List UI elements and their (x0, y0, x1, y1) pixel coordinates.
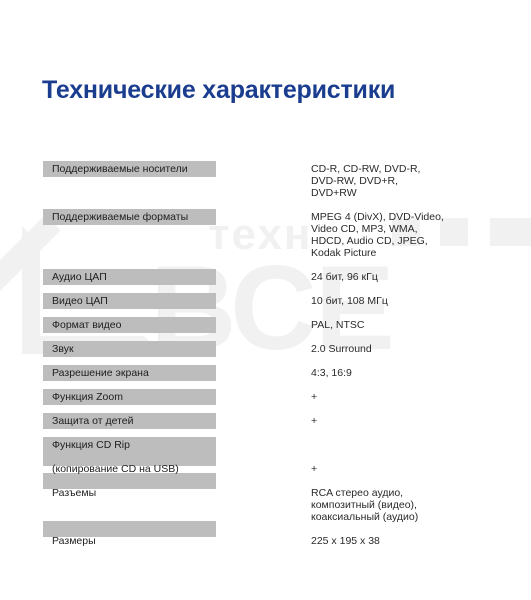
spec-label-note: (копирование CD на USB) (52, 463, 179, 475)
spec-value-line: коаксиальный (аудио) (311, 511, 418, 523)
spec-label: Размеры (52, 535, 96, 547)
spec-label: Звук (52, 343, 74, 355)
watermark-bar (440, 218, 468, 246)
spec-value-line: RCA стерео аудио, (311, 487, 418, 499)
spec-value-line: CD-R, CD-RW, DVD-R, (311, 163, 420, 175)
spec-value: 225 x 195 x 38 (311, 535, 380, 547)
spec-label: Разрешение экрана (52, 367, 149, 379)
spec-value-line: 2.0 Surround (311, 343, 372, 355)
spec-label: Поддерживаемые носители (52, 163, 188, 175)
spec-value: + (311, 463, 317, 475)
spec-value-line: 10 бит, 108 МГц (311, 295, 388, 307)
spec-label: Поддерживаемые форматы (52, 211, 188, 223)
page-title: Технические характеристики (42, 76, 395, 105)
spec-value-line: 24 бит, 96 кГц (311, 271, 378, 283)
spec-value: 24 бит, 96 кГц (311, 271, 378, 283)
spec-label: Аудио ЦАП (52, 271, 107, 283)
spec-value-line: MPEG 4 (DivX), DVD-Video, (311, 211, 444, 223)
watermark-bar (490, 218, 531, 246)
spec-value: CD-R, CD-RW, DVD-R,DVD-RW, DVD+R,DVD+RW (311, 163, 420, 199)
spec-label: Функция CD Rip (52, 439, 130, 451)
spec-value-line: 225 x 195 x 38 (311, 535, 380, 547)
spec-value-line: композитный (видео), (311, 499, 418, 511)
spec-value: PAL, NTSC (311, 319, 364, 331)
spec-value: + (311, 391, 317, 403)
spec-value-line: Kodak Picture (311, 247, 444, 259)
spec-value-line: PAL, NTSC (311, 319, 364, 331)
spec-value: 10 бит, 108 МГц (311, 295, 388, 307)
spec-value: + (311, 415, 317, 427)
spec-value-line: + (311, 415, 317, 427)
spec-value-line: 4:3, 16:9 (311, 367, 352, 379)
spec-value: 2.0 Surround (311, 343, 372, 355)
spec-value: RCA стерео аудио,композитный (видео),коа… (311, 487, 418, 523)
spec-value-line: + (311, 463, 317, 475)
spec-value-line: Video CD, MP3, WMA, (311, 223, 444, 235)
spec-value: MPEG 4 (DivX), DVD-Video,Video CD, MP3, … (311, 211, 444, 259)
spec-label: Защита от детей (52, 415, 133, 427)
spec-label: Видео ЦАП (52, 295, 108, 307)
spec-label: Функция Zoom (52, 391, 123, 403)
spec-value-line: HDCD, Audio CD, JPEG, (311, 235, 444, 247)
spec-label: Формат видео (52, 319, 121, 331)
spec-value-line: DVD+RW (311, 187, 420, 199)
spec-value-line: + (311, 391, 317, 403)
spec-value: 4:3, 16:9 (311, 367, 352, 379)
spec-value-line: DVD-RW, DVD+R, (311, 175, 420, 187)
spec-label: Разъемы (52, 487, 96, 499)
